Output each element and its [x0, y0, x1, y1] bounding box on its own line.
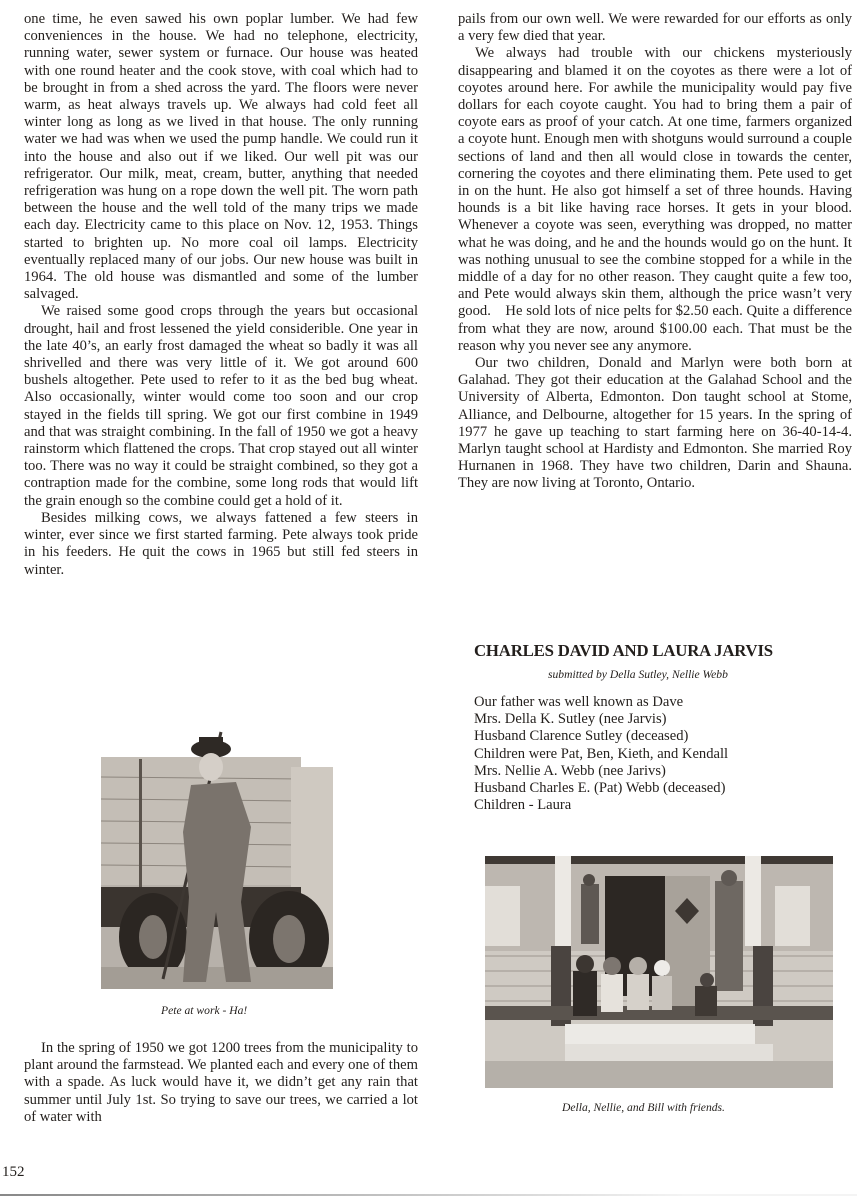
- paragraph-house: one time, he even sawed his own poplar l…: [24, 11, 418, 303]
- photo-porch-illustration: [485, 856, 833, 1088]
- caption-pete-at-work: Pete at work - Ha!: [161, 1004, 247, 1017]
- right-column: pails from our own well. We were rewarde…: [458, 11, 852, 493]
- family-list: Our father was well known as Dave Mrs. D…: [474, 694, 728, 814]
- paragraph-coyotes: We always had trouble with our chickens …: [458, 45, 852, 355]
- paragraph-pails: pails from our own well. We were rewarde…: [458, 11, 852, 45]
- paragraph-trees: In the spring of 1950 we got 1200 trees …: [24, 1040, 418, 1126]
- section-heading: CHARLES DAVID AND LAURA JARVIS: [474, 641, 854, 661]
- left-column-continued: In the spring of 1950 we got 1200 trees …: [24, 1040, 418, 1126]
- paragraph-steers: Besides milking cows, we always fattened…: [24, 510, 418, 579]
- photo-pete-illustration: [101, 727, 333, 989]
- page-edge-shadow: [0, 1194, 857, 1196]
- family-line: Mrs. Della K. Sutley (nee Jarvis): [474, 711, 728, 728]
- paragraph-crops: We raised some good crops through the ye…: [24, 303, 418, 509]
- family-line: Our father was well known as Dave: [474, 694, 728, 711]
- left-column: one time, he even sawed his own poplar l…: [24, 11, 418, 579]
- section-byline: submitted by Della Sutley, Nellie Webb: [548, 668, 728, 681]
- photo-porch-group: [485, 856, 833, 1088]
- caption-porch-group: Della, Nellie, and Bill with friends.: [562, 1101, 725, 1114]
- family-line: Husband Charles E. (Pat) Webb (deceased): [474, 780, 728, 797]
- page-number: 152: [2, 1164, 25, 1181]
- paragraph-children: Our two children, Donald and Marlyn were…: [458, 355, 852, 493]
- family-line: Children - Laura: [474, 797, 728, 814]
- family-line: Mrs. Nellie A. Webb (nee Jarivs): [474, 763, 728, 780]
- family-line: Husband Clarence Sutley (deceased): [474, 728, 728, 745]
- family-line: Children were Pat, Ben, Kieth, and Kenda…: [474, 746, 728, 763]
- photo-pete-at-work: [101, 727, 333, 989]
